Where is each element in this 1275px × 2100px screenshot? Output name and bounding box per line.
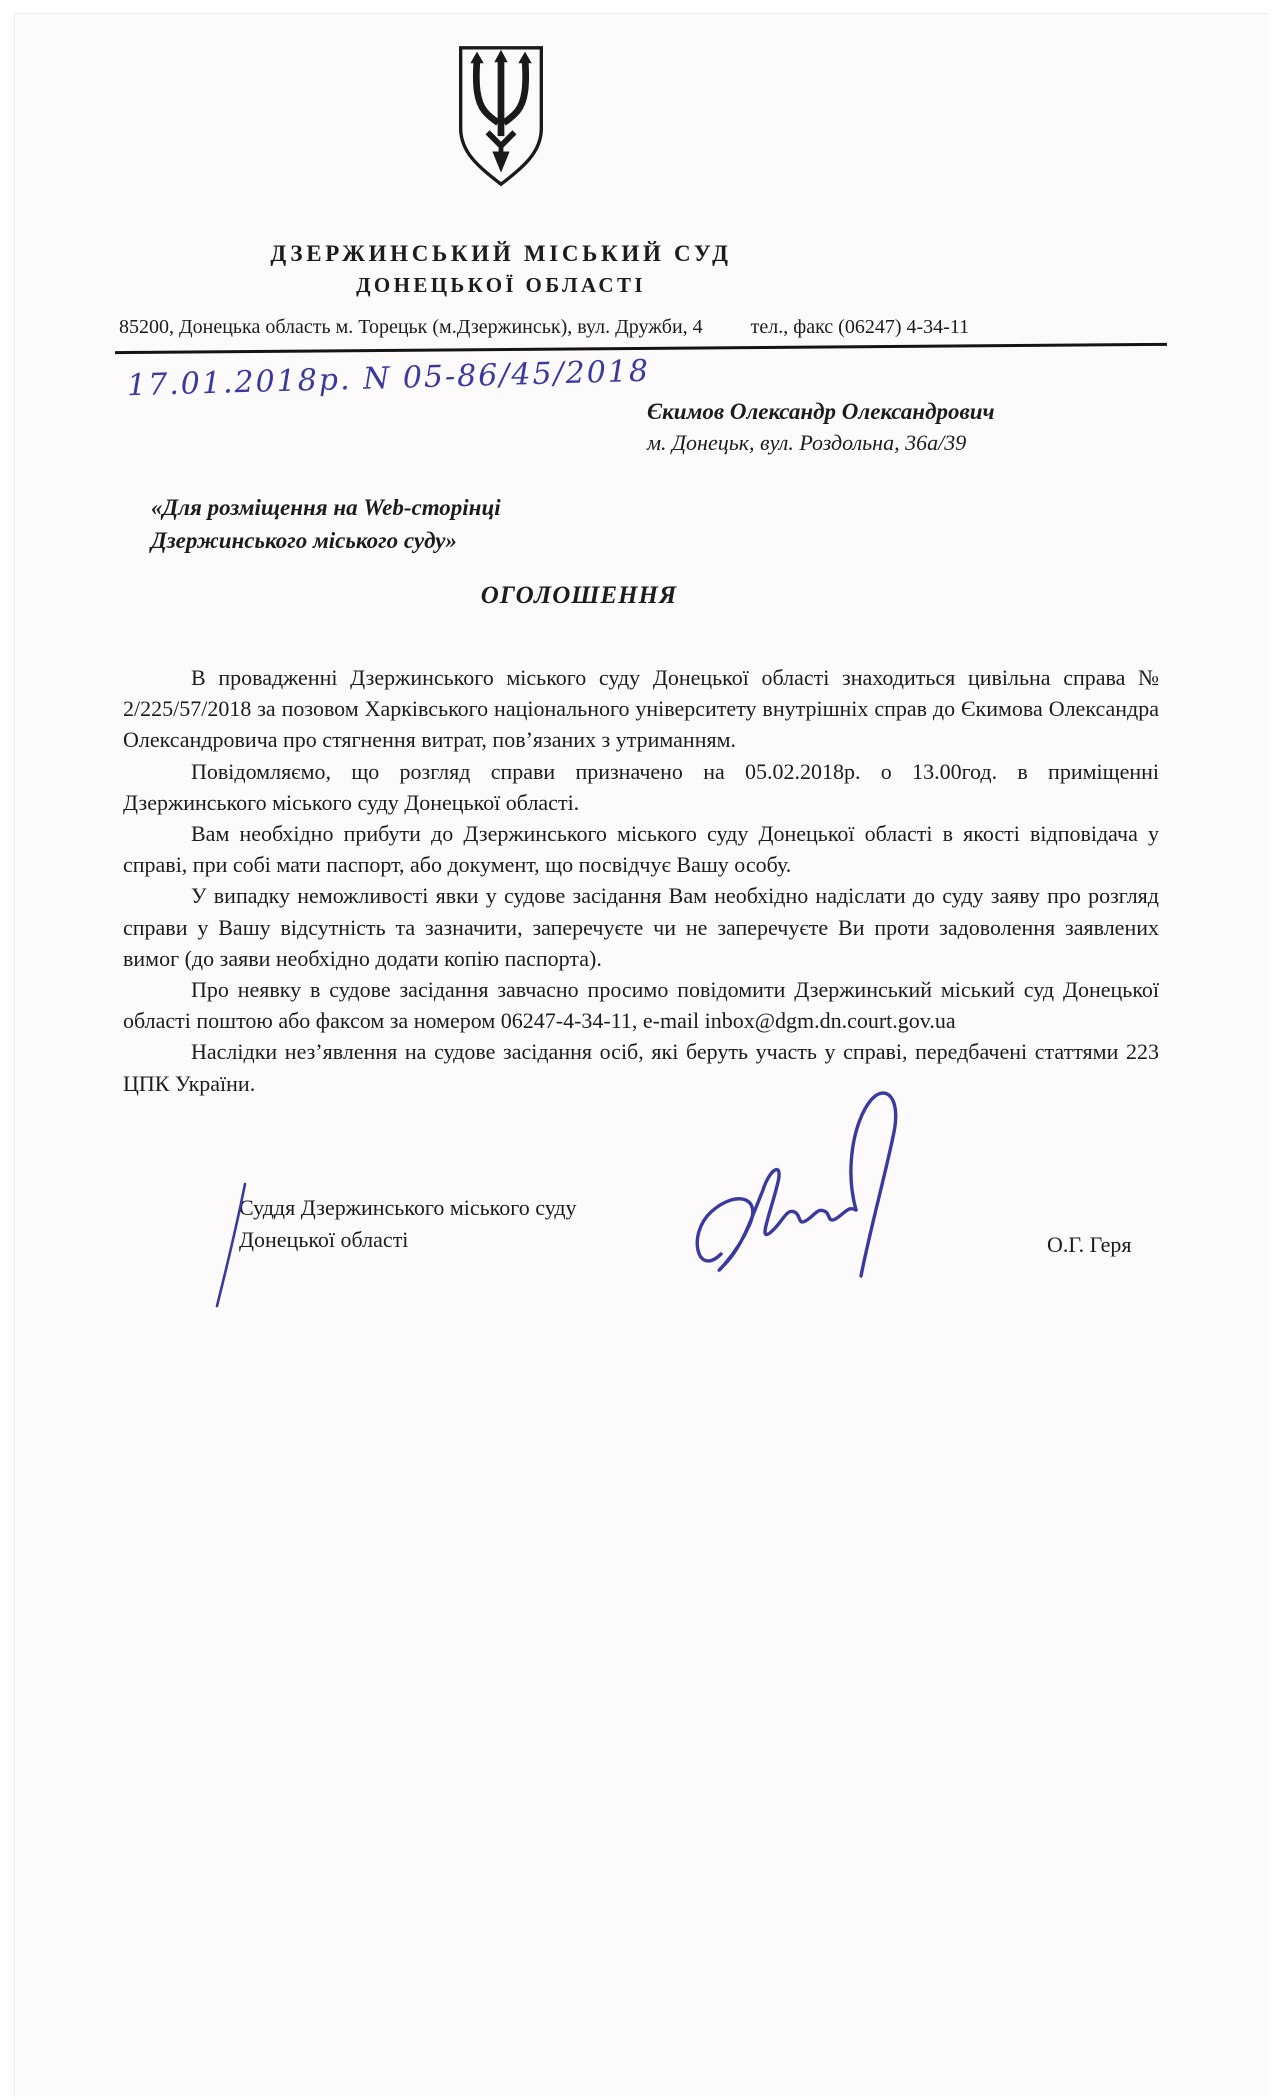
- judge-title-line2: Донецької області: [239, 1224, 577, 1256]
- scanned-court-letter: { "document": { "header": { "emblem_icon…: [0, 0, 1275, 2100]
- judge-title-block: Суддя Дзержинського міського суду Донець…: [239, 1192, 577, 1256]
- recipient-name: Єкимов Олександр Олександрович: [647, 396, 995, 427]
- paragraph: Вам необхідно прибути до Дзержинського м…: [123, 818, 1159, 880]
- paragraph: В провадженні Дзержинського міського суд…: [123, 662, 1159, 756]
- announcement-body: В провадженні Дзержинського міського суд…: [123, 662, 1159, 1099]
- paragraph: Про неявку в судове засідання завчасно п…: [123, 974, 1159, 1036]
- handwritten-date-reference: 17.01.2018р. N 05-86/45/2018: [127, 354, 651, 404]
- paragraph: Наслідки нез’явлення на судове засідання…: [123, 1036, 1159, 1098]
- paragraph: Повідомляємо, що розгляд справи призначе…: [123, 756, 1159, 818]
- pen-slash-mark: [197, 1180, 261, 1310]
- judge-signature-autograph: [677, 1086, 967, 1306]
- court-address: 85200, Донецька область м. Торецьк (м.Дз…: [119, 316, 703, 338]
- court-name-header: ДЗЕРЖИНСЬКИЙ МІСЬКИЙ СУД ДОНЕЦЬКОЇ ОБЛАС…: [201, 241, 801, 298]
- recipient-address: м. Донецьк, вул. Роздольна, 36а/39: [647, 427, 995, 458]
- web-note-line1: «Для розміщення на Web-сторінці: [151, 491, 501, 524]
- court-name-line2: ДОНЕЦЬКОЇ ОБЛАСТІ: [201, 273, 801, 298]
- web-placement-note: «Для розміщення на Web-сторінці Дзержинс…: [151, 491, 501, 557]
- ukraine-trident-emblem-icon: [453, 41, 549, 191]
- court-name-line1: ДЗЕРЖИНСЬКИЙ МІСЬКИЙ СУД: [201, 241, 801, 267]
- scanned-page: ДЗЕРЖИНСЬКИЙ МІСЬКИЙ СУД ДОНЕЦЬКОЇ ОБЛАС…: [14, 13, 1268, 2097]
- court-phone: тел., факс (06247) 4-34-11: [751, 316, 969, 338]
- header-divider-line: [115, 343, 1167, 354]
- court-address-row: 85200, Донецька область м. Торецьк (м.Дз…: [119, 316, 1119, 339]
- web-note-line2: Дзержинського міського суду»: [151, 524, 501, 557]
- recipient-block: Єкимов Олександр Олександрович м. Донець…: [647, 396, 995, 458]
- judge-name: О.Г. Геря: [1047, 1232, 1132, 1258]
- judge-title-line1: Суддя Дзержинського міського суду: [239, 1192, 577, 1224]
- paragraph: У випадку неможливості явки у судове зас…: [123, 880, 1159, 974]
- announcement-title: ОГОЛОШЕННЯ: [119, 582, 1039, 610]
